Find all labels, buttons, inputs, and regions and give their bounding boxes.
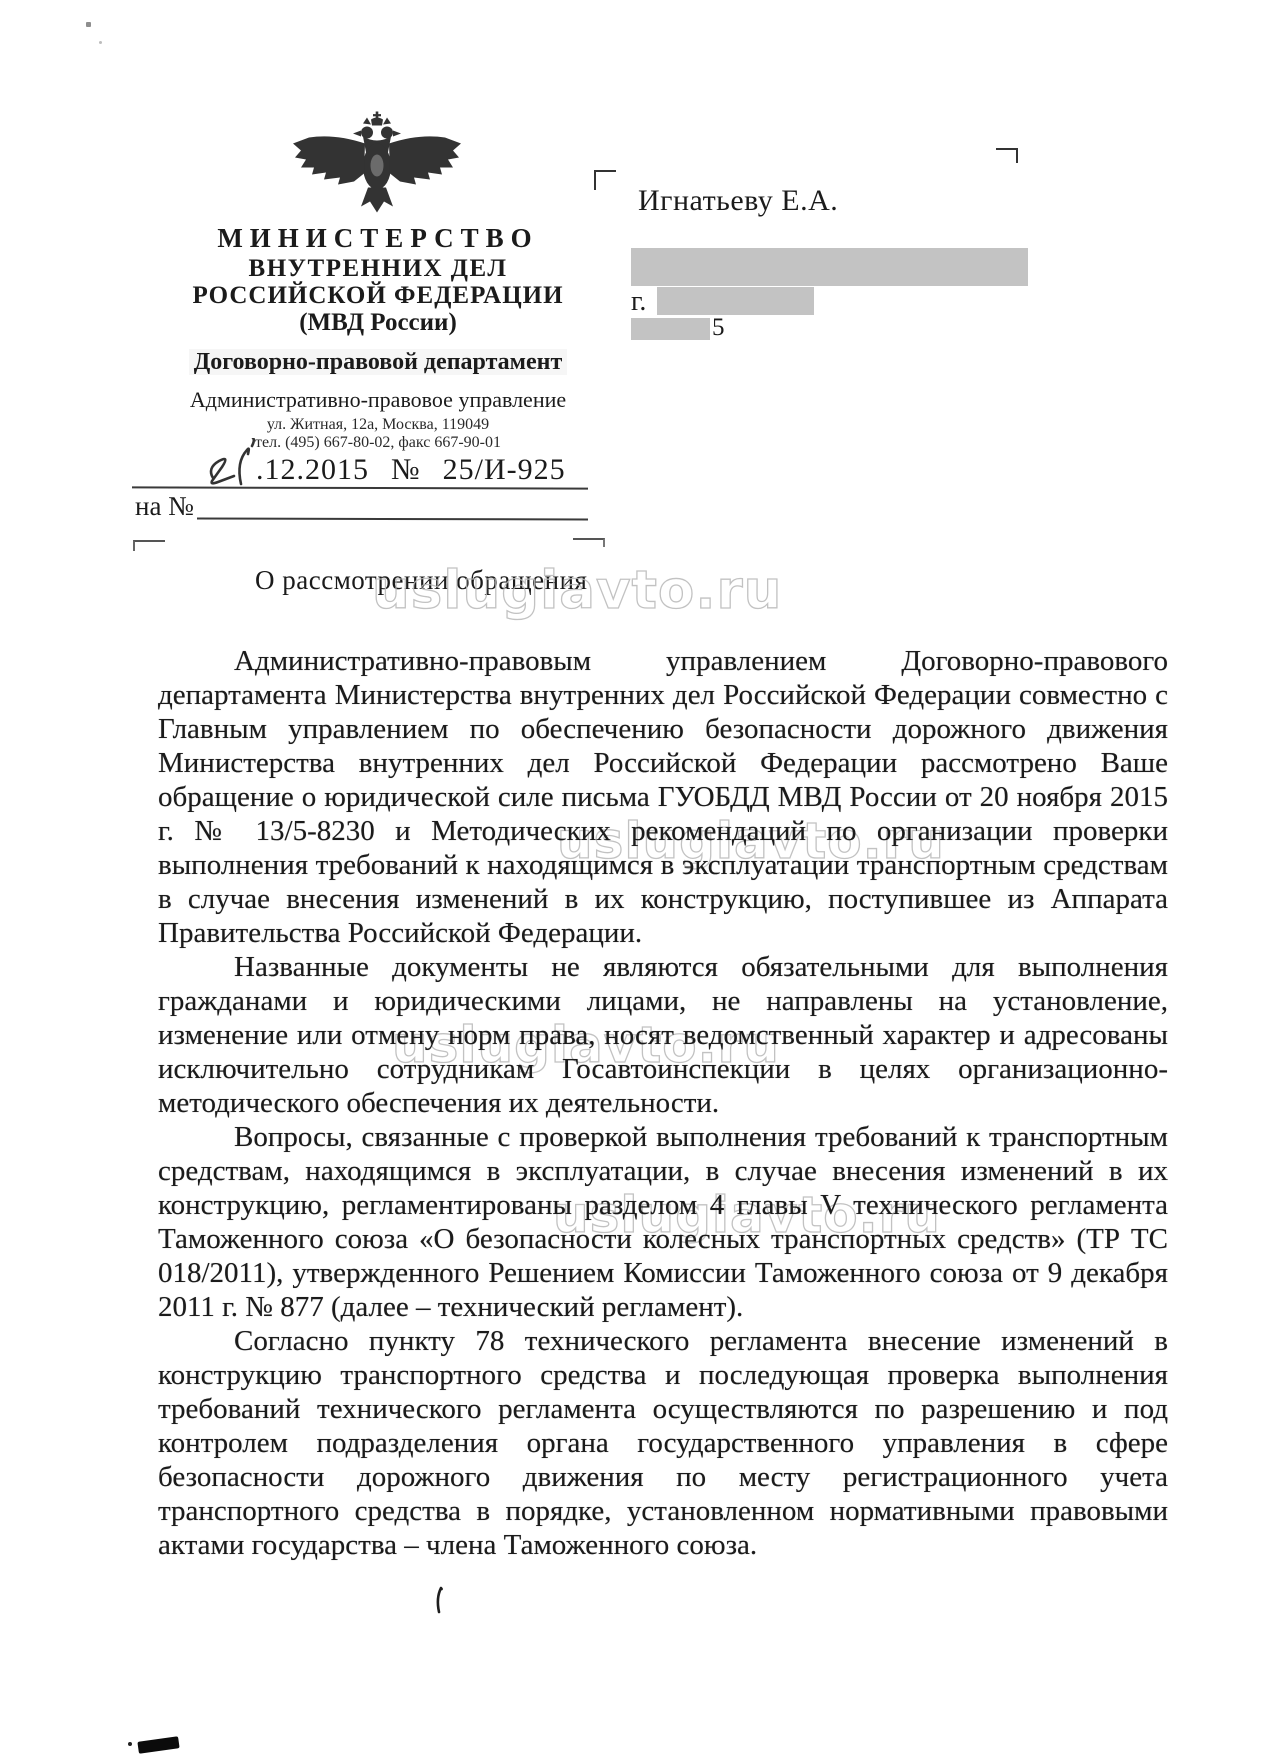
mvd-eagle-emblem xyxy=(287,110,467,218)
letter-body: Административно-правовым управлением Дог… xyxy=(158,644,1168,1562)
paragraph: Названные документы не являются обязател… xyxy=(158,950,1168,1120)
address-corner-bracket-right xyxy=(996,148,1018,163)
redaction-bar xyxy=(631,318,710,340)
paragraph: Вопросы, связанные с проверкой выполнени… xyxy=(158,1120,1168,1324)
scan-speck xyxy=(99,41,102,44)
division-name: Административно-правовое управление xyxy=(158,388,598,412)
handwritten-day xyxy=(203,438,263,492)
reply-to-underline xyxy=(197,517,588,520)
number-sign: № xyxy=(391,453,421,486)
recipient-name: Игнатьеву Е.А. xyxy=(638,184,838,218)
subject-line: О рассмотрении обращения xyxy=(255,565,587,596)
address-corner-bracket-left xyxy=(594,170,616,190)
stamp-corner-mark-left xyxy=(133,540,165,551)
reference-underline xyxy=(132,486,588,489)
street-address: ул. Житная, 12а, Москва, 119049 xyxy=(158,416,598,434)
scan-speck xyxy=(128,1742,132,1746)
paragraph: Административно-правовым управлением Дог… xyxy=(158,644,1168,950)
redaction-bar xyxy=(631,248,1028,286)
recipient-city-prefix: г. xyxy=(631,286,646,318)
paragraph: Согласно пункту 78 технического регламен… xyxy=(158,1324,1168,1562)
scanned-letter-page: { "letterhead": { "ministry_line1": "МИН… xyxy=(0,0,1275,1754)
reply-to-label: на № xyxy=(135,491,194,522)
scan-speck xyxy=(86,22,91,27)
department-name: Договорно-правовой департамент xyxy=(189,349,568,375)
redacted-text-fragment: 5 xyxy=(712,314,725,342)
scan-blob xyxy=(137,1736,179,1754)
ministry-name-line3: РОССИЙСКОЙ ФЕДЕРАЦИИ xyxy=(158,282,598,309)
redaction-bar xyxy=(657,287,814,315)
letterhead: МИНИСТЕРСТВО ВНУТРЕННИХ ДЕЛ РОССИЙСКОЙ Ф… xyxy=(158,224,598,452)
ministry-abbreviation: (МВД России) xyxy=(158,309,598,336)
reference-line: .12.2015№25/И-925 xyxy=(256,453,566,487)
outgoing-number: 25/И-925 xyxy=(443,453,566,486)
stamp-corner-mark-right xyxy=(573,538,605,547)
ministry-name-line2: ВНУТРЕННИХ ДЕЛ xyxy=(158,255,598,282)
ministry-name-line1: МИНИСТЕРСТВО xyxy=(158,224,598,253)
reference-date: .12.2015 xyxy=(256,453,369,486)
pen-mark xyxy=(431,1586,447,1616)
